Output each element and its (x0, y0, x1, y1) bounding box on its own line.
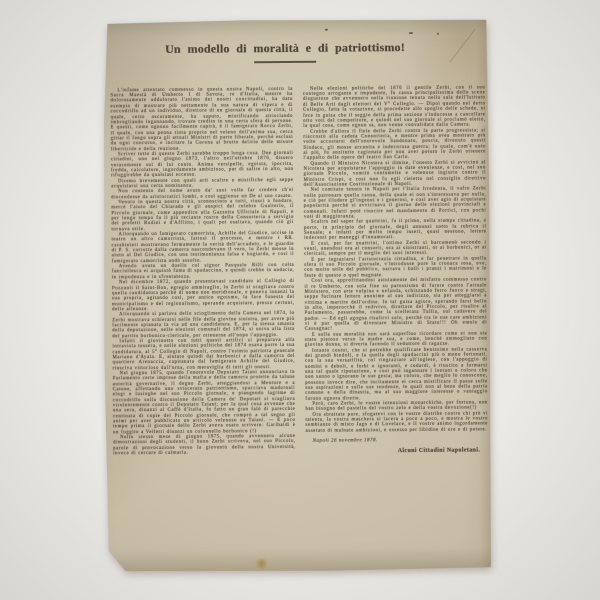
signature: Alcuni Cittadini Napoletani. (306, 448, 489, 455)
paragraph: Venuto in questa nostra città, sconosciu… (111, 199, 294, 232)
paragraph: Quando il Ministro Nicotera si dimise, l… (303, 160, 486, 188)
paragraph: Nel comitato tenuto in Napoli per l'Ital… (304, 187, 487, 220)
paragraph: Avendo avuto un duello col signor Pasqua… (112, 263, 295, 280)
document-paper: Un modello di moralità e di patriottismo… (82, 18, 492, 572)
ink-speck (409, 32, 413, 34)
paragraph: Nel dicembre 1872, quando presentavasi c… (112, 279, 295, 312)
paragraph: Allorquando si parlava dello sciogliment… (112, 311, 295, 339)
photo-background: Un modello di moralità e di patriottismo… (0, 0, 600, 600)
paragraph: Ora sbraitate pure, sfogatevi con le vos… (305, 411, 488, 434)
paragraph: E così, per far quattrini, l'ottimo Zerb… (304, 240, 487, 257)
paragraph: Crebbe d'allora il fiele dello Zerbi con… (303, 128, 486, 161)
title-underline (254, 61, 316, 63)
paragraph: Nello stesso mese di giugno 1875, quando… (113, 434, 296, 457)
paragraph: Infatti il giovinotto con tutti questi a… (112, 338, 295, 371)
paragraph: Scaltro nel saper far quattrini, fu il p… (304, 219, 487, 242)
text-columns: L'infame attentato commesso in questa no… (110, 85, 488, 457)
paragraph: E sulla sua moralità non sarà superfluo … (305, 331, 488, 348)
paragraph: Scriver tutto di questo Zerbi sarebbe tr… (111, 151, 294, 179)
document-title: Un modello di moralità e di patriottismo… (92, 40, 478, 57)
paragraph: E per ingraziarsi l'aristocrazia cittadi… (304, 256, 487, 279)
paragraph: L'infame attentato commesso in questa no… (110, 87, 293, 153)
right-column-paragraphs: Nelle elezioni politiche del 1876 il gen… (303, 85, 488, 434)
ink-speck (325, 29, 328, 31)
paragraph: Nelle elezioni politiche del 1876 il gen… (303, 85, 486, 129)
paragraph: Nel giugno 1875, quando l'onorevole Depu… (113, 370, 296, 436)
dateline: Napoli 26 novembre 1878. (306, 438, 489, 444)
ink-speck (437, 33, 439, 35)
paper-shadow-wrapper: Un modello di moralità e di patriottismo… (82, 18, 492, 572)
paragraph: Intanto costui, che si potrebbe qualific… (305, 347, 488, 402)
right-text-column: Nelle elezioni politiche del 1876 il gen… (303, 85, 488, 455)
paragraph: Allorquando un famigerato camorrista, Ac… (111, 231, 294, 264)
paragraph: Così ora, approfittandosi astutamente de… (304, 278, 487, 333)
left-text-column: L'infame attentato commesso in questa no… (110, 87, 295, 457)
